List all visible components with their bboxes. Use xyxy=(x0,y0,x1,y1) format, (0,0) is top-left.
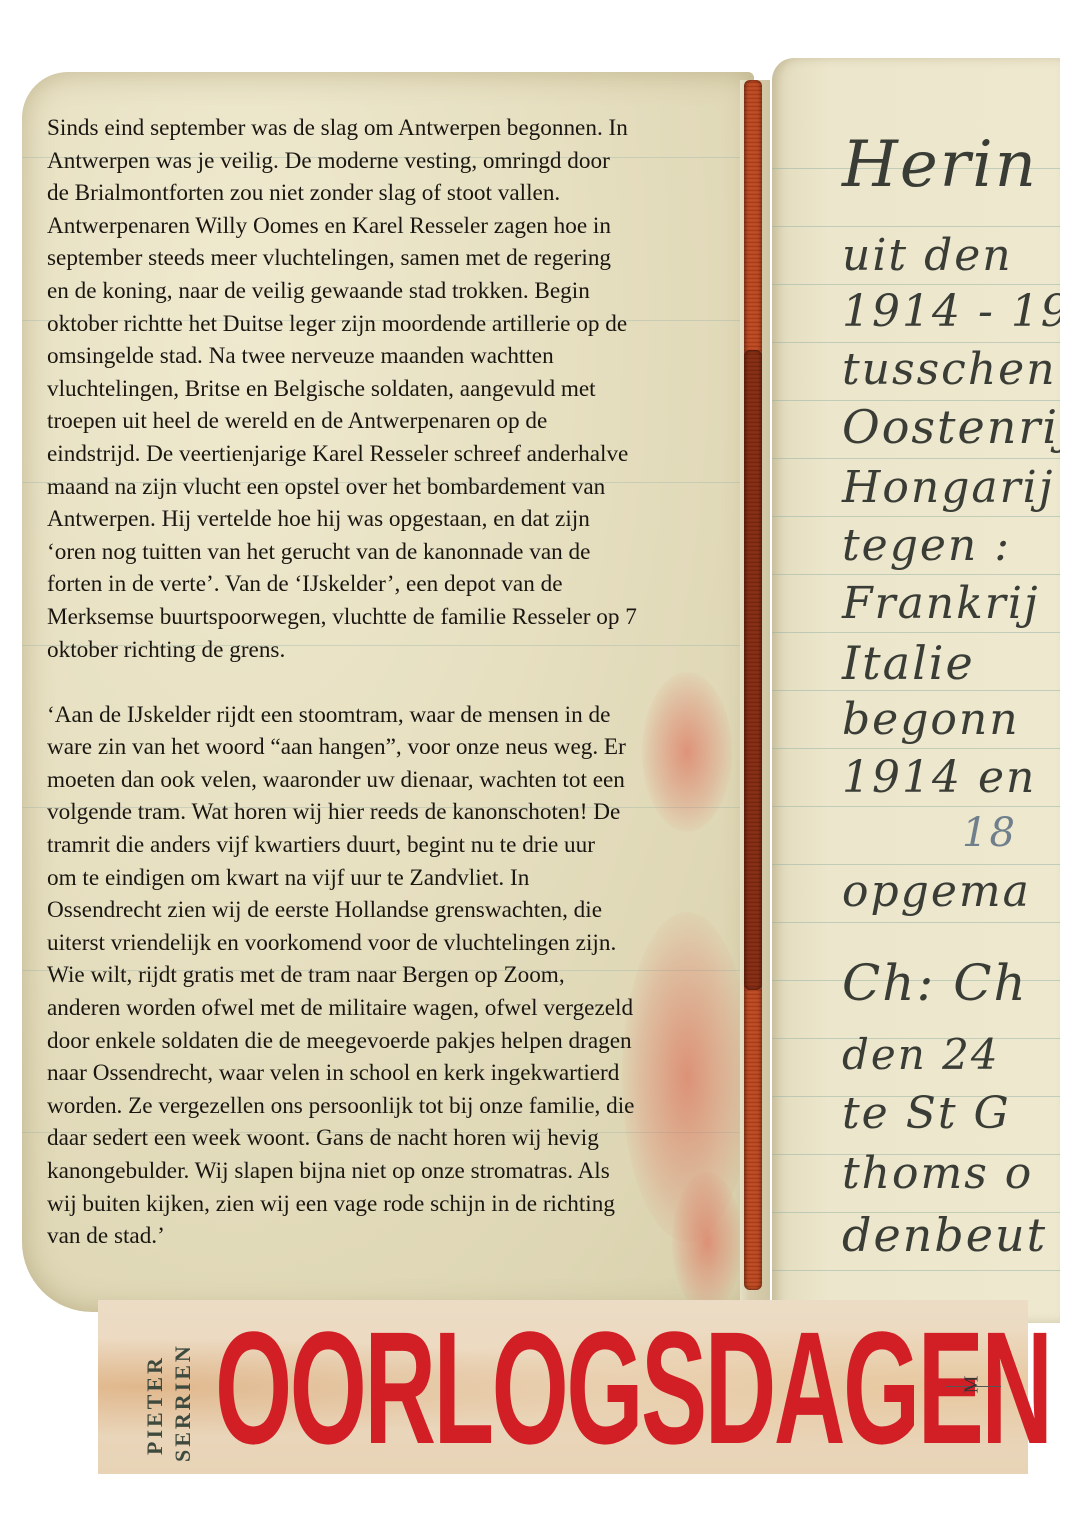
handwriting-line: Ch: Ch xyxy=(842,954,1028,1012)
handwriting-line: uit den xyxy=(842,230,1013,281)
intro-paragraph: Sinds eind september was de slag om Antw… xyxy=(47,112,737,666)
ruled-line xyxy=(772,226,1060,227)
handwriting-line: denbeut xyxy=(842,1208,1047,1262)
handwriting-line: begonn xyxy=(842,694,1020,745)
handwriting-line: tusschen xyxy=(842,344,1057,395)
ruled-line xyxy=(772,458,1060,459)
ruled-line xyxy=(772,1270,1060,1271)
ruled-line xyxy=(772,516,1060,517)
ruled-line xyxy=(772,864,1060,865)
ruled-line xyxy=(772,806,1060,807)
handwriting-line: 1914 - 19 xyxy=(842,286,1060,337)
handwriting-line: Italie xyxy=(842,636,975,690)
spine-binding-cord-dark xyxy=(744,350,762,990)
ruled-line xyxy=(772,342,1060,343)
handwriting-line: Oostenrij xyxy=(842,400,1060,454)
handwriting-line: opgema xyxy=(842,866,1031,917)
handwriting-line: te St G xyxy=(842,1088,1011,1139)
notebook-right-page: Herinuit den1914 - 19tusschenOostenrijHo… xyxy=(772,58,1060,1323)
handwriting-line: den 24 xyxy=(842,1030,1000,1079)
handwriting-line: tegen : xyxy=(842,520,1011,571)
author-last-name: SERRIEN xyxy=(170,1343,196,1462)
handwriting-line: Herin xyxy=(842,128,1038,202)
ruled-line xyxy=(772,632,1060,633)
ruled-line xyxy=(772,748,1060,749)
handwriting-line: 1914 en xyxy=(842,752,1036,803)
article-text: Sinds eind september was de slag om Antw… xyxy=(47,112,737,1253)
ruled-line xyxy=(772,922,1060,923)
ruled-line xyxy=(772,284,1060,285)
handwriting-line: Hongarij xyxy=(842,462,1054,513)
book-title: OORLOGSDAGEN xyxy=(215,1322,1051,1454)
ruled-line xyxy=(772,690,1060,691)
author-first-name: PIETER xyxy=(142,1355,168,1455)
notebook-left-page: Sinds eind september was de slag om Antw… xyxy=(22,72,754,1312)
handwriting-line: thoms o xyxy=(842,1148,1033,1199)
ruled-line xyxy=(772,574,1060,575)
handwriting-line: 18 xyxy=(962,810,1017,856)
publisher-logo: M xyxy=(945,1378,1001,1392)
publisher-logo-letter: M xyxy=(960,1376,983,1394)
quote-paragraph: ‘Aan de IJskelder rijdt een stoomtram, w… xyxy=(47,699,737,1253)
handwriting-line: Frankrij xyxy=(842,578,1040,629)
